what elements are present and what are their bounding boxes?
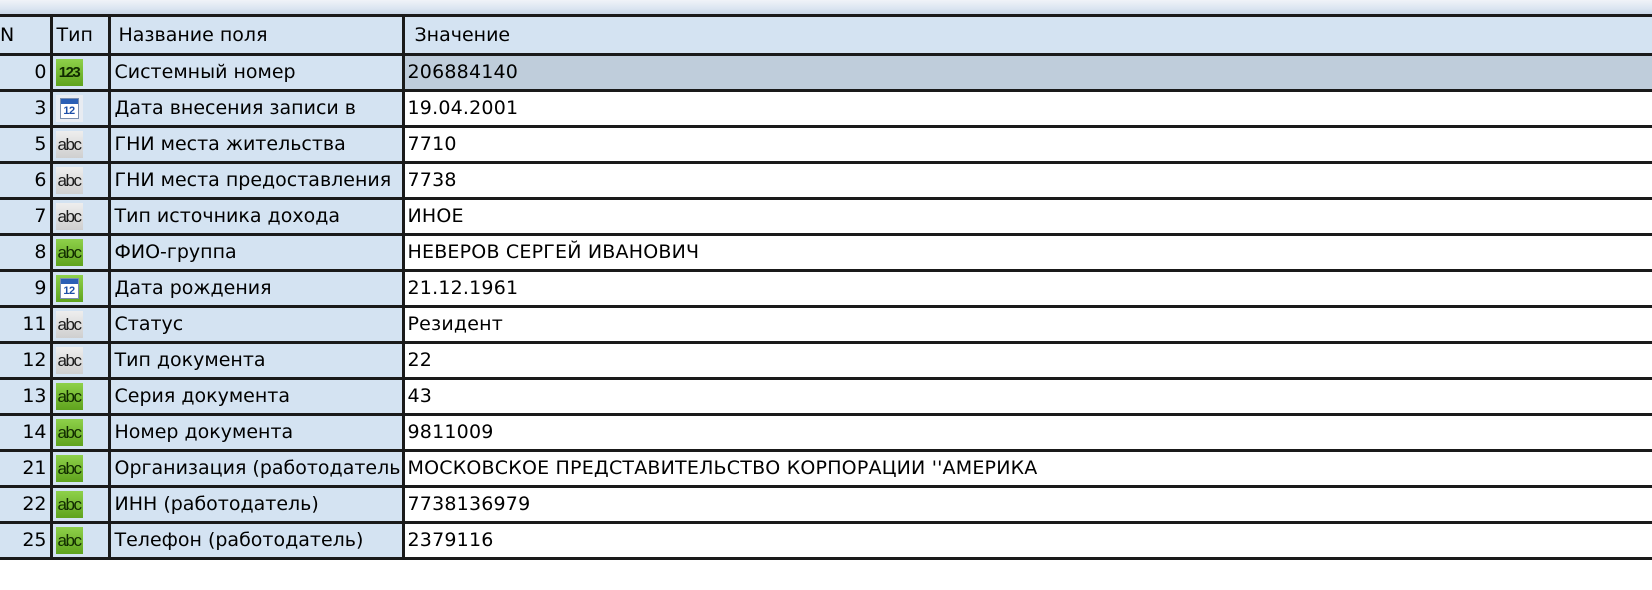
text-key-type-icon: abc (56, 491, 83, 518)
field-type-cell: abc (51, 378, 109, 414)
text-type-icon: abc (56, 311, 83, 338)
field-value[interactable]: 22 (403, 342, 1652, 378)
field-type-cell: abc (51, 414, 109, 450)
grid-header-row: N Тип Название поля Значение (0, 17, 1652, 54)
table-row[interactable]: 0 123 Системный номер 206884140 (0, 54, 1652, 90)
field-number: 9 (0, 270, 51, 306)
field-value[interactable]: ИНОЕ (403, 198, 1652, 234)
field-number: 13 (0, 378, 51, 414)
table-row[interactable]: 9 12 Дата рождения 21.12.1961 (0, 270, 1652, 306)
field-type-cell: abc (51, 306, 109, 342)
text-key-type-icon: abc (56, 527, 83, 554)
table-row[interactable]: 22 abc ИНН (работодатель) 7738136979 (0, 486, 1652, 522)
field-type-cell: abc (51, 486, 109, 522)
field-number: 6 (0, 162, 51, 198)
field-number: 8 (0, 234, 51, 270)
field-value[interactable]: 206884140 (403, 54, 1652, 90)
text-key-type-icon: abc (56, 239, 83, 266)
field-name: ФИО-группа (109, 234, 403, 270)
calendar-day-label: 12 (61, 104, 78, 118)
field-number: 3 (0, 90, 51, 126)
field-type-cell: abc (51, 162, 109, 198)
field-value[interactable]: МОСКОВСКОЕ ПРЕДСТАВИТЕЛЬСТВО КОРПОРАЦИИ … (403, 450, 1652, 486)
field-number: 12 (0, 342, 51, 378)
calendar-type-icon: 12 (56, 95, 83, 122)
field-type-cell: abc (51, 450, 109, 486)
field-value[interactable]: 19.04.2001 (403, 90, 1652, 126)
column-header-type[interactable]: Тип (51, 17, 109, 54)
field-number: 21 (0, 450, 51, 486)
field-value[interactable]: 9811009 (403, 414, 1652, 450)
field-number: 0 (0, 54, 51, 90)
column-header-field-name[interactable]: Название поля (109, 17, 403, 54)
text-key-type-icon: abc (56, 419, 83, 446)
field-value[interactable]: 7738 (403, 162, 1652, 198)
table-row[interactable]: 21 abc Организация (работодатель) МОСКОВ… (0, 450, 1652, 486)
text-key-type-icon: abc (56, 455, 83, 482)
field-type-cell: 12 (51, 90, 109, 126)
field-value[interactable]: Резидент (403, 306, 1652, 342)
table-row[interactable]: 25 abc Телефон (работодатель) 2379116 (0, 522, 1652, 558)
field-name: Дата внесения записи в (109, 90, 403, 126)
field-name: Серия документа (109, 378, 403, 414)
text-type-icon: abc (56, 203, 83, 230)
table-row[interactable]: 11 abc Статус Резидент (0, 306, 1652, 342)
field-number: 7 (0, 198, 51, 234)
field-type-cell: abc (51, 198, 109, 234)
table-row[interactable]: 14 abc Номер документа 9811009 (0, 414, 1652, 450)
table-row[interactable]: 3 12 Дата внесения записи в 19.04.2001 (0, 90, 1652, 126)
field-number: 22 (0, 486, 51, 522)
field-name: Дата рождения (109, 270, 403, 306)
table-row[interactable]: 8 abc ФИО-группа НЕВЕРОВ СЕРГЕЙ ИВАНОВИЧ (0, 234, 1652, 270)
text-key-type-icon: abc (56, 383, 83, 410)
table-row[interactable]: 5 abc ГНИ места жительства 7710 (0, 126, 1652, 162)
field-value[interactable]: 7738136979 (403, 486, 1652, 522)
text-type-icon: abc (56, 167, 83, 194)
field-number: 25 (0, 522, 51, 558)
number-type-icon: 123 (56, 59, 83, 86)
toolbar-strip (0, 0, 1652, 17)
field-name: Номер документа (109, 414, 403, 450)
calendar-day-label: 12 (61, 284, 78, 298)
field-number: 14 (0, 414, 51, 450)
field-type-cell: 123 (51, 54, 109, 90)
field-name: Тип источника дохода (109, 198, 403, 234)
field-type-cell: abc (51, 522, 109, 558)
field-type-cell: abc (51, 126, 109, 162)
table-row[interactable]: 12 abc Тип документа 22 (0, 342, 1652, 378)
text-type-icon: abc (56, 347, 83, 374)
field-value[interactable]: 43 (403, 378, 1652, 414)
field-type-cell: 12 (51, 270, 109, 306)
field-value[interactable]: 2379116 (403, 522, 1652, 558)
text-type-icon: abc (56, 131, 83, 158)
calendar-key-type-icon: 12 (56, 275, 83, 302)
table-row[interactable]: 13 abc Серия документа 43 (0, 378, 1652, 414)
column-header-value[interactable]: Значение (403, 17, 1652, 54)
field-name: ГНИ места предоставления (109, 162, 403, 198)
field-name: Тип документа (109, 342, 403, 378)
field-name: ИНН (работодатель) (109, 486, 403, 522)
field-value[interactable]: 21.12.1961 (403, 270, 1652, 306)
field-number: 5 (0, 126, 51, 162)
field-number: 11 (0, 306, 51, 342)
field-name: Телефон (работодатель) (109, 522, 403, 558)
field-type-cell: abc (51, 234, 109, 270)
record-fields-grid: N Тип Название поля Значение 0 123 Систе… (0, 17, 1652, 560)
field-name: Системный номер (109, 54, 403, 90)
column-header-n[interactable]: N (0, 17, 51, 54)
table-row[interactable]: 6 abc ГНИ места предоставления 7738 (0, 162, 1652, 198)
table-row[interactable]: 7 abc Тип источника дохода ИНОЕ (0, 198, 1652, 234)
field-value[interactable]: НЕВЕРОВ СЕРГЕЙ ИВАНОВИЧ (403, 234, 1652, 270)
field-name: ГНИ места жительства (109, 126, 403, 162)
field-value[interactable]: 7710 (403, 126, 1652, 162)
field-name: Статус (109, 306, 403, 342)
field-name: Организация (работодатель) (109, 450, 403, 486)
field-type-cell: abc (51, 342, 109, 378)
